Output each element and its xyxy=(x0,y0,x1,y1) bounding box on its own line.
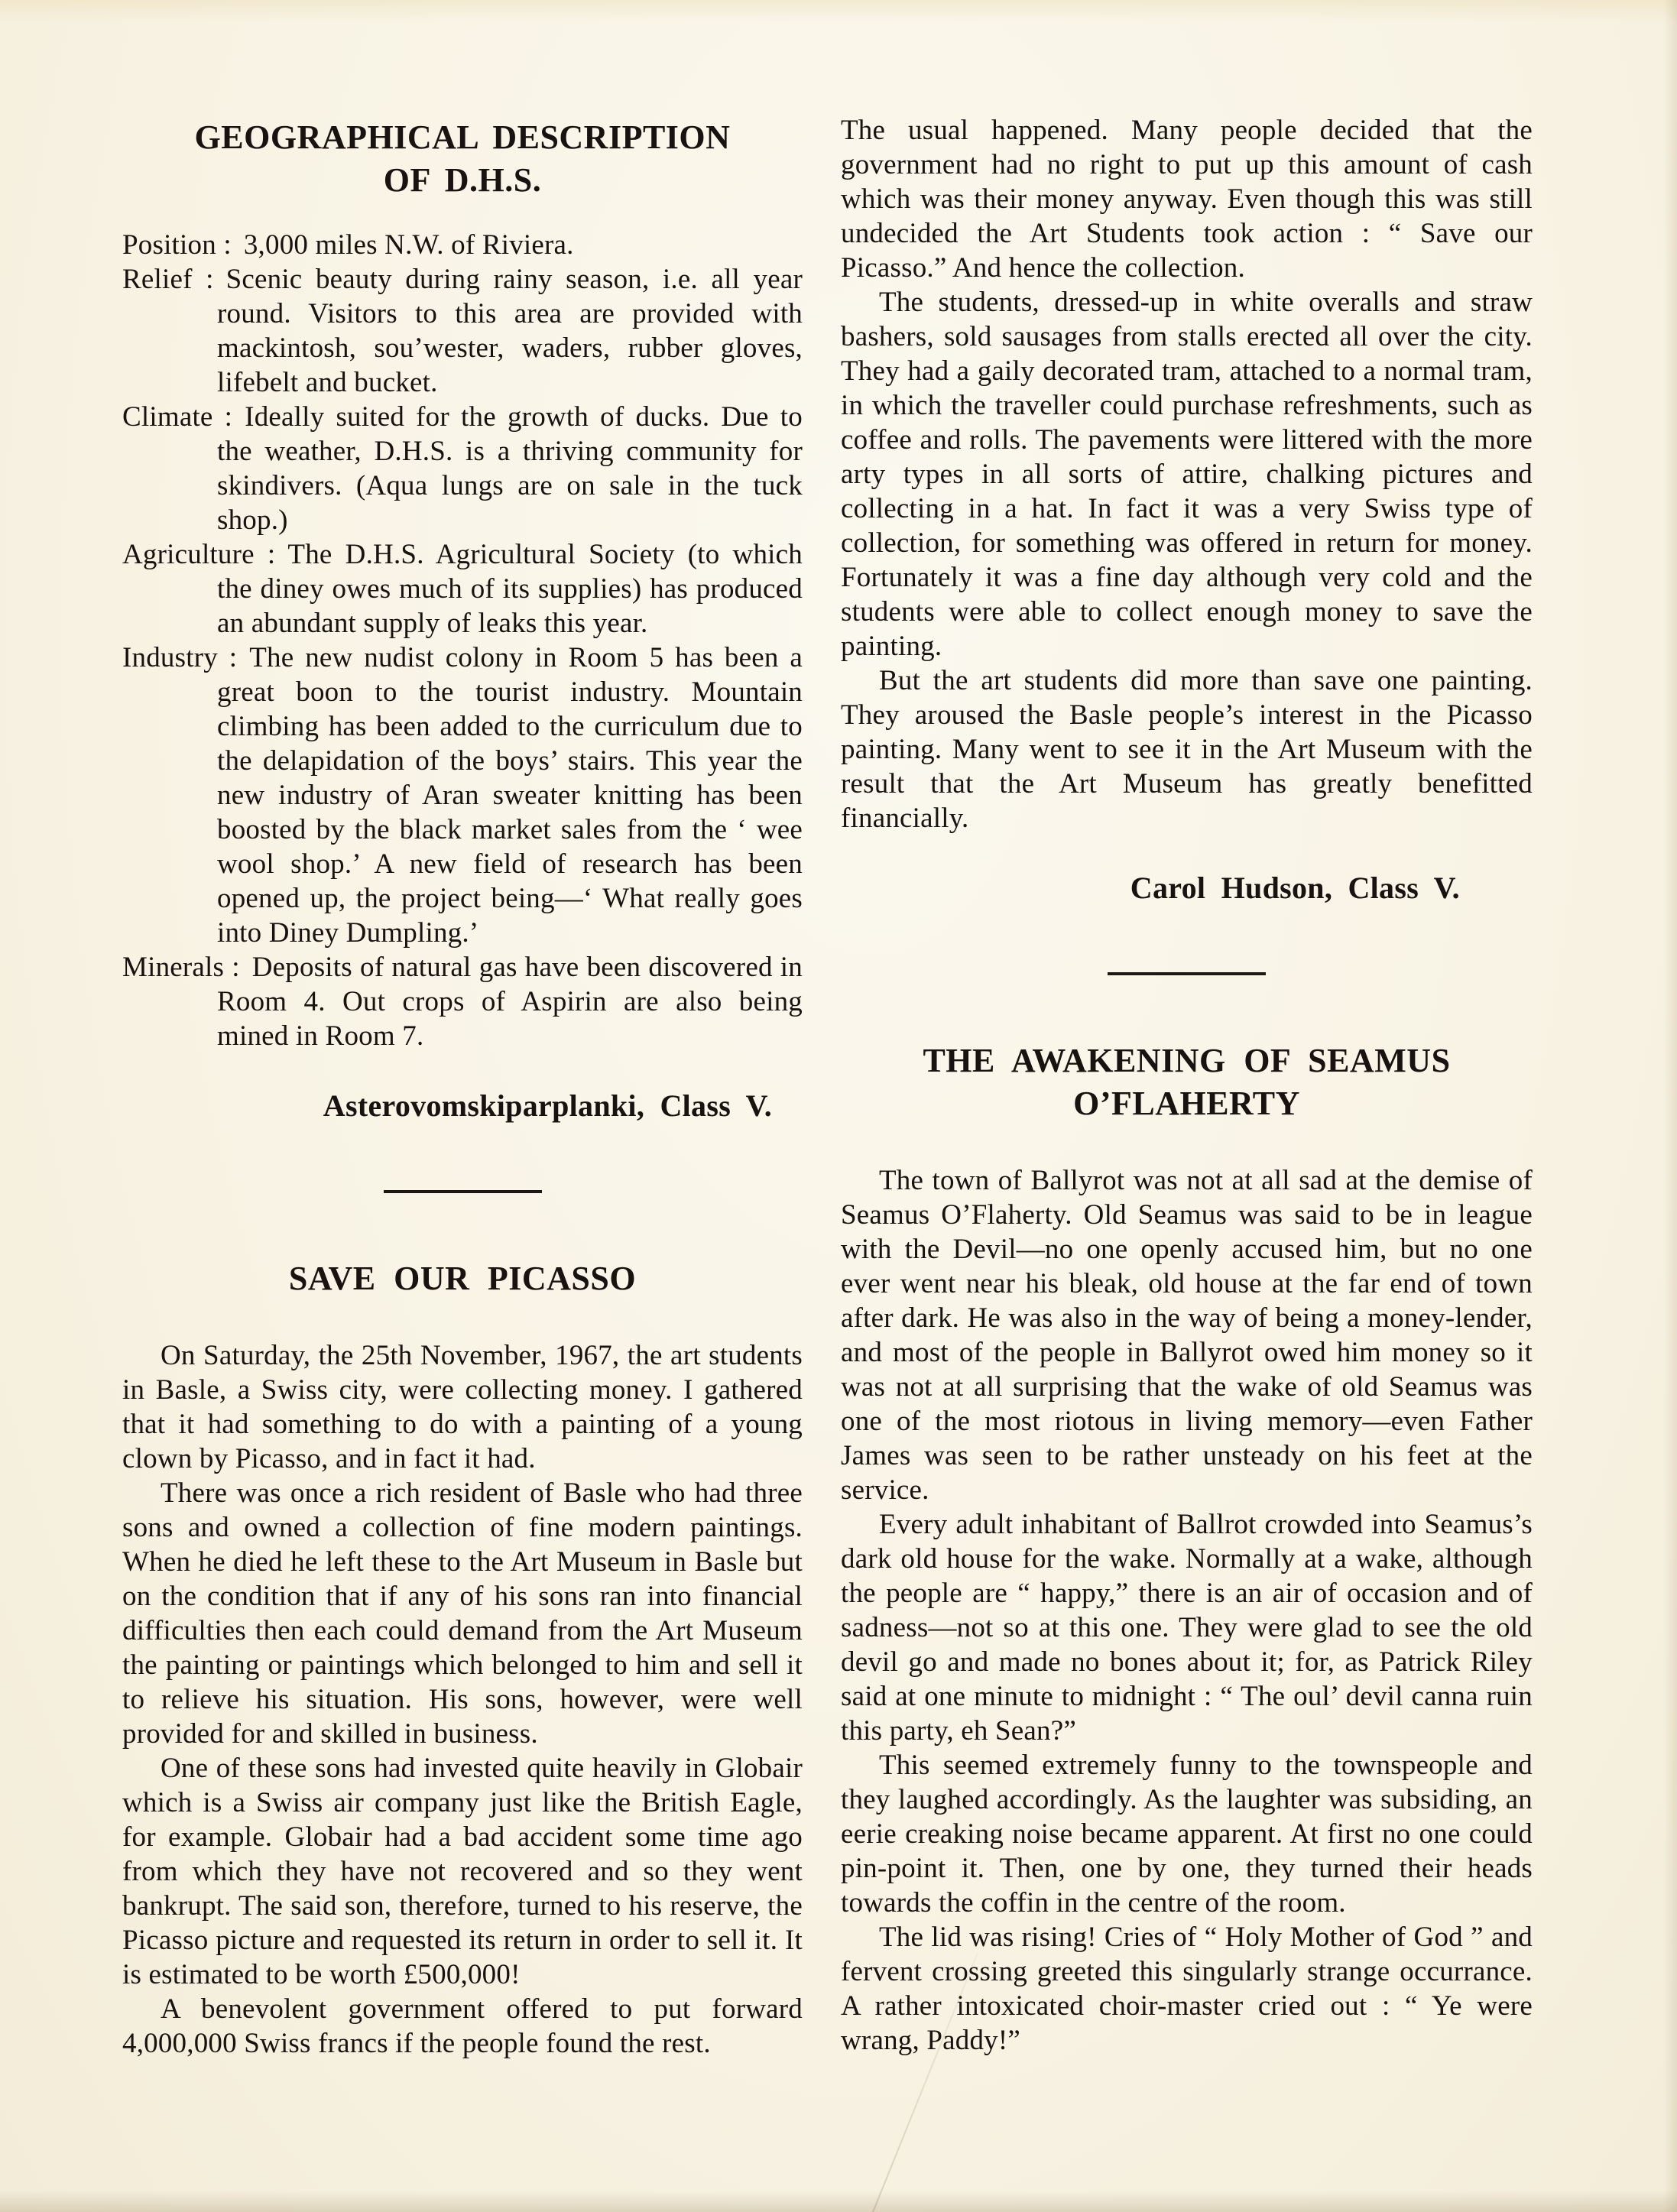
entry-text: The D.H.S. Agricultural Society (to whic… xyxy=(217,539,803,639)
article-title-line-1: GEOGRAPHICAL DESCRIPTION xyxy=(122,116,803,159)
article-title-geographical-description: GEOGRAPHICAL DESCRIPTION OF D.H.S. xyxy=(122,116,803,202)
entry-text: Scenic beauty during rainy season, i.e. … xyxy=(217,264,803,398)
entry-agriculture: Agriculture :The D.H.S. Agricultural Soc… xyxy=(122,537,803,641)
author-signature-asterovomskiparplanki: Asterovomskiparplanki, Class V. xyxy=(122,1088,803,1123)
entry-position: Position :3,000 miles N.W. of Riviera. xyxy=(122,228,803,262)
entry-climate: Climate :Ideally suited for the growth o… xyxy=(122,400,803,537)
entry-minerals: Minerals :Deposits of natural gas have b… xyxy=(122,950,803,1053)
section-divider-rule xyxy=(384,1190,542,1193)
article-title-save-our-picasso: SAVE OUR PICASSO xyxy=(122,1257,803,1300)
paragraph: The students, dressed-up in white overal… xyxy=(841,285,1533,663)
paragraph: A benevolent government offered to put f… xyxy=(122,1992,803,2061)
paragraph: One of these sons had invested quite hea… xyxy=(122,1751,803,1992)
author-signature-carol-hudson: Carol Hudson, Class V. xyxy=(841,871,1533,905)
section-divider-rule xyxy=(1108,972,1266,975)
entry-label: Industry : xyxy=(122,642,237,673)
paragraph: This seemed extremely funny to the towns… xyxy=(841,1748,1533,1920)
article-title-line-2: OF D.H.S. xyxy=(122,159,803,202)
entry-text: The new nudist colony in Room 5 has been… xyxy=(217,642,803,949)
entry-label: Agriculture : xyxy=(122,539,275,570)
left-column: GEOGRAPHICAL DESCRIPTION OF D.H.S. Posit… xyxy=(122,113,803,2061)
entry-text: Deposits of natural gas have been discov… xyxy=(217,952,803,1052)
entry-label: Position : xyxy=(122,229,232,261)
scanned-magazine-page: GEOGRAPHICAL DESCRIPTION OF D.H.S. Posit… xyxy=(0,0,1677,2212)
article-title-line-1: THE AWAKENING OF SEAMUS xyxy=(841,1040,1533,1082)
article-title-awakening-of-seamus: THE AWAKENING OF SEAMUS O’FLAHERTY xyxy=(841,1040,1533,1125)
scan-edge-shading-right xyxy=(1663,0,1677,2212)
paragraph: There was once a rich resident of Basle … xyxy=(122,1476,803,1751)
paragraph: The lid was rising! Cries of “ Holy Moth… xyxy=(841,1920,1533,2058)
scan-edge-shading-bottom xyxy=(0,2191,1677,2212)
paragraph: The town of Ballyrot was not at all sad … xyxy=(841,1163,1533,1507)
scan-edge-shading-top xyxy=(0,0,1677,23)
entry-label: Minerals : xyxy=(122,952,240,983)
right-column: The usual happened. Many people decided … xyxy=(841,113,1533,2061)
article-title-line-2: O’FLAHERTY xyxy=(841,1082,1533,1125)
entry-text: Ideally suited for the growth of ducks. … xyxy=(217,401,803,536)
entry-relief: Relief :Scenic beauty during rainy seaso… xyxy=(122,262,803,400)
entry-text: 3,000 miles N.W. of Riviera. xyxy=(244,229,574,261)
entry-label: Relief : xyxy=(122,264,214,295)
paragraph: Every adult inhabitant of Ballrot crowde… xyxy=(841,1507,1533,1748)
paragraph: The usual happened. Many people decided … xyxy=(841,113,1533,285)
entry-label: Climate : xyxy=(122,401,232,433)
two-column-layout: GEOGRAPHICAL DESCRIPTION OF D.H.S. Posit… xyxy=(122,113,1533,2061)
entry-industry: Industry :The new nudist colony in Room … xyxy=(122,641,803,950)
paragraph: But the art students did more than save … xyxy=(841,663,1533,835)
paragraph: On Saturday, the 25th November, 1967, th… xyxy=(122,1338,803,1476)
